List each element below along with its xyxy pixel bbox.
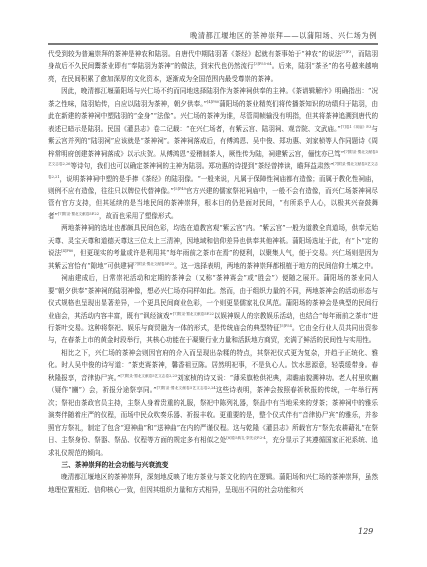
running-head: 晚清都江堰地区的茶神崇拜——以蒲阳场、兴仁场为例 [190,31,377,41]
paragraphs: 代受到较为普遍崇拜的茶神是神农和陆羽。自唐代中期陆羽著《茶经》起就有茶事始于“神… [48,48,378,459]
citation-superscript: [5]P54 [280,324,292,328]
paragraph: 因此，晚清都江堰蒲阳场与兴仁场不约而同地选择陆羽作为茶神祠供奉的主神。《茶谱辑解… [48,85,378,222]
paragraph: 祠庙建成后，日常崇祀活动和定期的茶神会（又称“茶神赛会”或“胜会”）便随之展开。… [48,272,378,347]
citation-superscript: [7]附录·蜀北文献卷5P.22 [133,262,174,266]
citation-superscript: [7]附录·蜀北文献卷5艺文志卷2,23 [121,374,178,378]
citation-superscript: [7]附录·蜀北文献卷5艺文志卷2,21 [48,162,378,178]
header-rule [48,43,378,45]
citation-superscript: [4]P80 [207,100,219,104]
citation-superscript: [7]附录·蜀北文献卷5艺文志卷2,24 [157,386,216,390]
citation-superscript: [3]P3 [342,50,352,54]
closing-paragraphs: 晚清都江堰地区的茶神崇拜，深刻地反映了地方茶业与茶文化的内在逻辑。蒲阳场和兴仁场… [48,471,378,496]
article-body: 代受到较为普遍崇拜的茶神是神农和陆羽。自唐代中期陆羽著《茶经》起就有茶事始于“神… [48,48,378,496]
paragraph: 代受到较为普遍崇拜的茶神是神农和陆羽。自唐代中期陆羽著《茶经》起就有茶事始于“神… [48,48,378,85]
citation-superscript: [7]附录·蜀北文献卷5P.22 [173,312,214,316]
citation-superscript: [3]P55-64 [254,62,272,66]
paragraph: 晚清都江堰地区的茶神崇拜，深刻地反映了地方茶业与茶文化的内在逻辑。蒲阳场和兴仁场… [48,471,378,496]
section-heading: 三、茶神崇拜的社会功能与兴衰流变 [48,459,378,471]
citation-superscript: [4]P80 [61,249,73,253]
citation-superscript: [8]卷5典礼·祭先农P.2-4 [226,436,265,440]
paragraph: 相比之下，兴仁场的茶神会则因官府的介入而呈现出杂糅的特点，其祭祀仪式更为复杂，并… [48,347,378,459]
citation-superscript: [7]附录·蜀北文献卷5P.22 [58,212,99,216]
citation-superscript: [5]P49 [174,187,186,191]
citation-superscript: [7]附录·蜀北文献卷5艺文志卷2,26 [48,150,378,166]
citation-superscript: [7]卷1《祠庙》P.3 [341,125,372,129]
page-number: 129 [358,527,373,536]
paragraph: 两地茶神祠的选址也都颇具民间色彩，均选在道教宫观“紫云宫”内。“紫云宫”一般为道… [48,222,378,272]
